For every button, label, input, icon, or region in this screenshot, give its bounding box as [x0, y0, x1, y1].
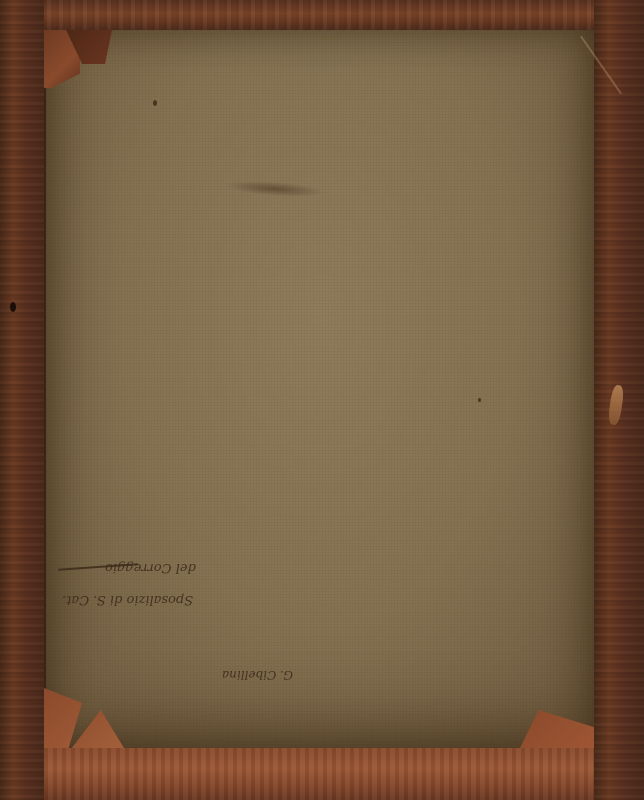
- stretcher-left-bar: [0, 0, 44, 800]
- canvas-spot: [478, 398, 481, 402]
- canvas-spot: [153, 100, 157, 106]
- inscription-line-1: del Correggio: [105, 560, 196, 575]
- inscription-signature: G. Cibellina: [222, 668, 293, 682]
- stretcher-top-bar: [44, 0, 594, 30]
- stretcher-bottom-bar: [44, 748, 594, 800]
- painting-reverse: del Correggio Sposalizio di S. Cat. G. C…: [0, 0, 644, 800]
- inscription-line-2: Sposalizio di S. Cat.: [62, 592, 193, 607]
- canvas-back: [46, 30, 594, 748]
- nail-hole: [10, 302, 16, 312]
